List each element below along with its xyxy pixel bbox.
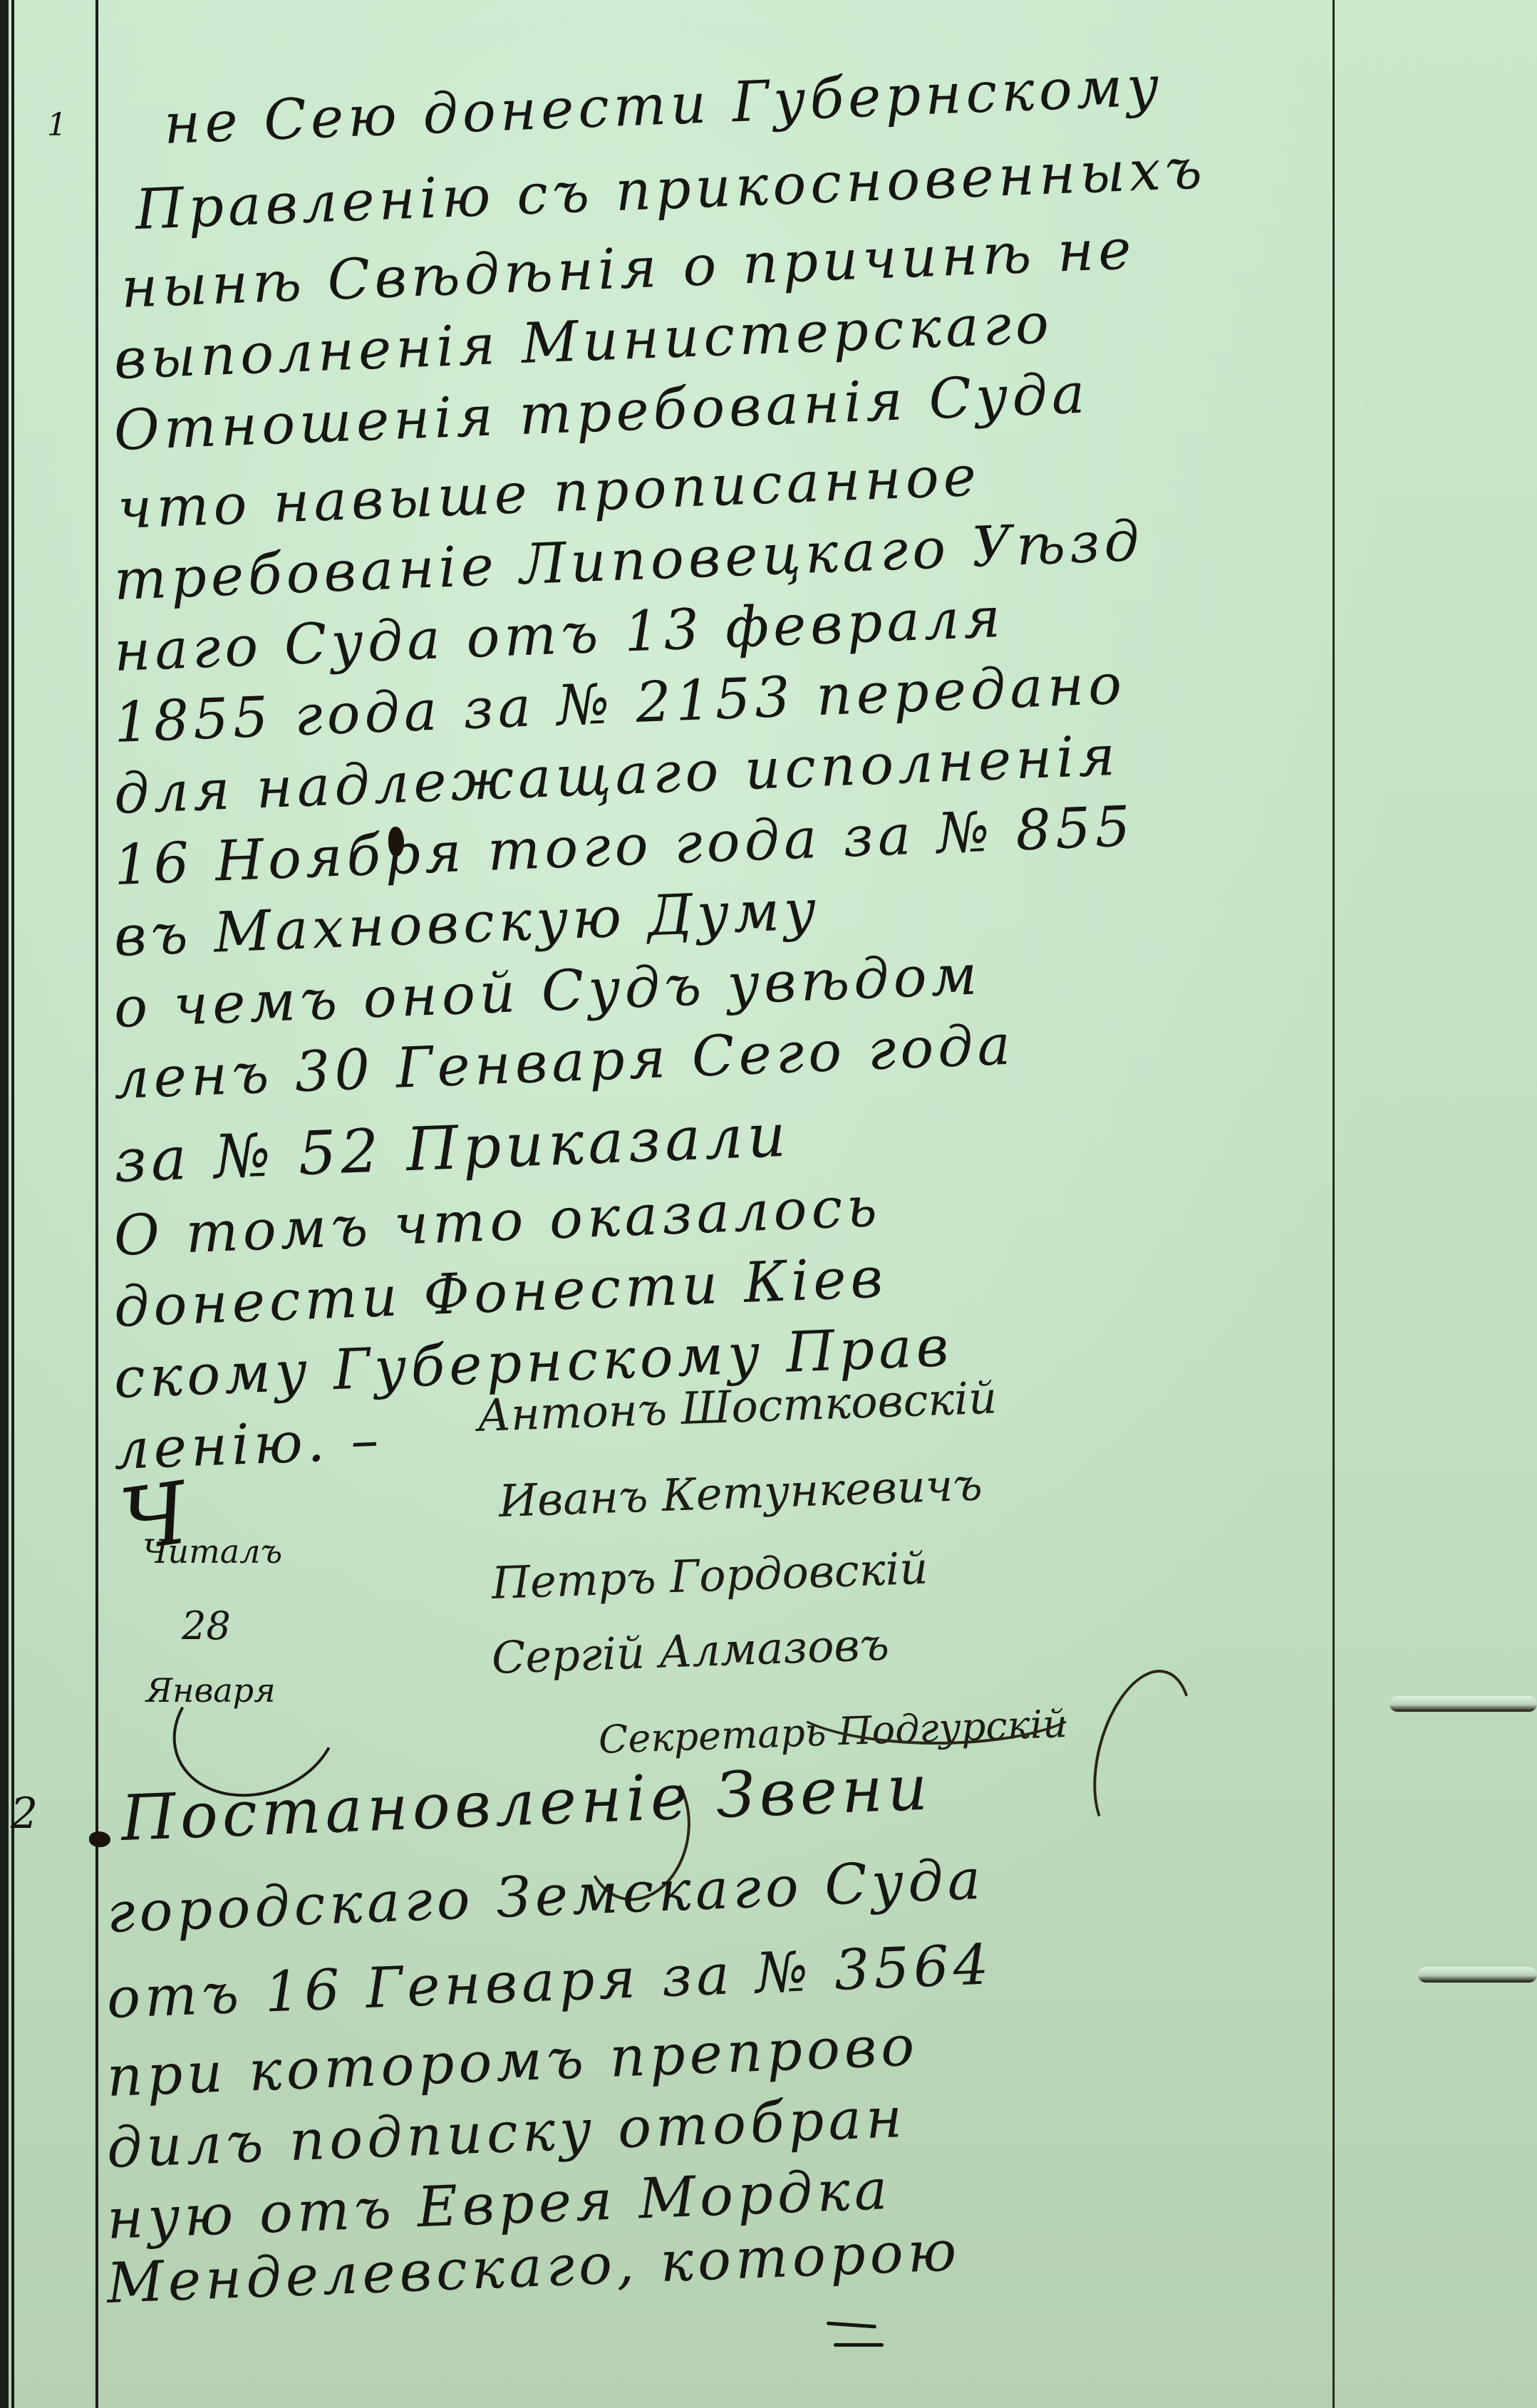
binding-thread-bottom	[1418, 1967, 1537, 1983]
catchword-dash-2	[834, 2343, 884, 2347]
binding-thread-top	[1389, 1696, 1537, 1712]
margin-rule-right	[1332, 0, 1335, 2408]
ink-blot	[388, 827, 404, 857]
entry-number-1: 1	[47, 107, 67, 143]
margin-date-day: 28	[182, 1603, 231, 1648]
page-shadow-edge	[0, 0, 9, 2408]
signature-flourish	[784, 1653, 1089, 1745]
ink-dot	[89, 1831, 110, 1847]
entry-number-2: 2	[11, 1789, 38, 1839]
margin-rule-outer	[11, 0, 14, 2408]
margin-rule-inner	[95, 0, 98, 2408]
margin-date-label: Читалъ	[143, 1532, 282, 1571]
